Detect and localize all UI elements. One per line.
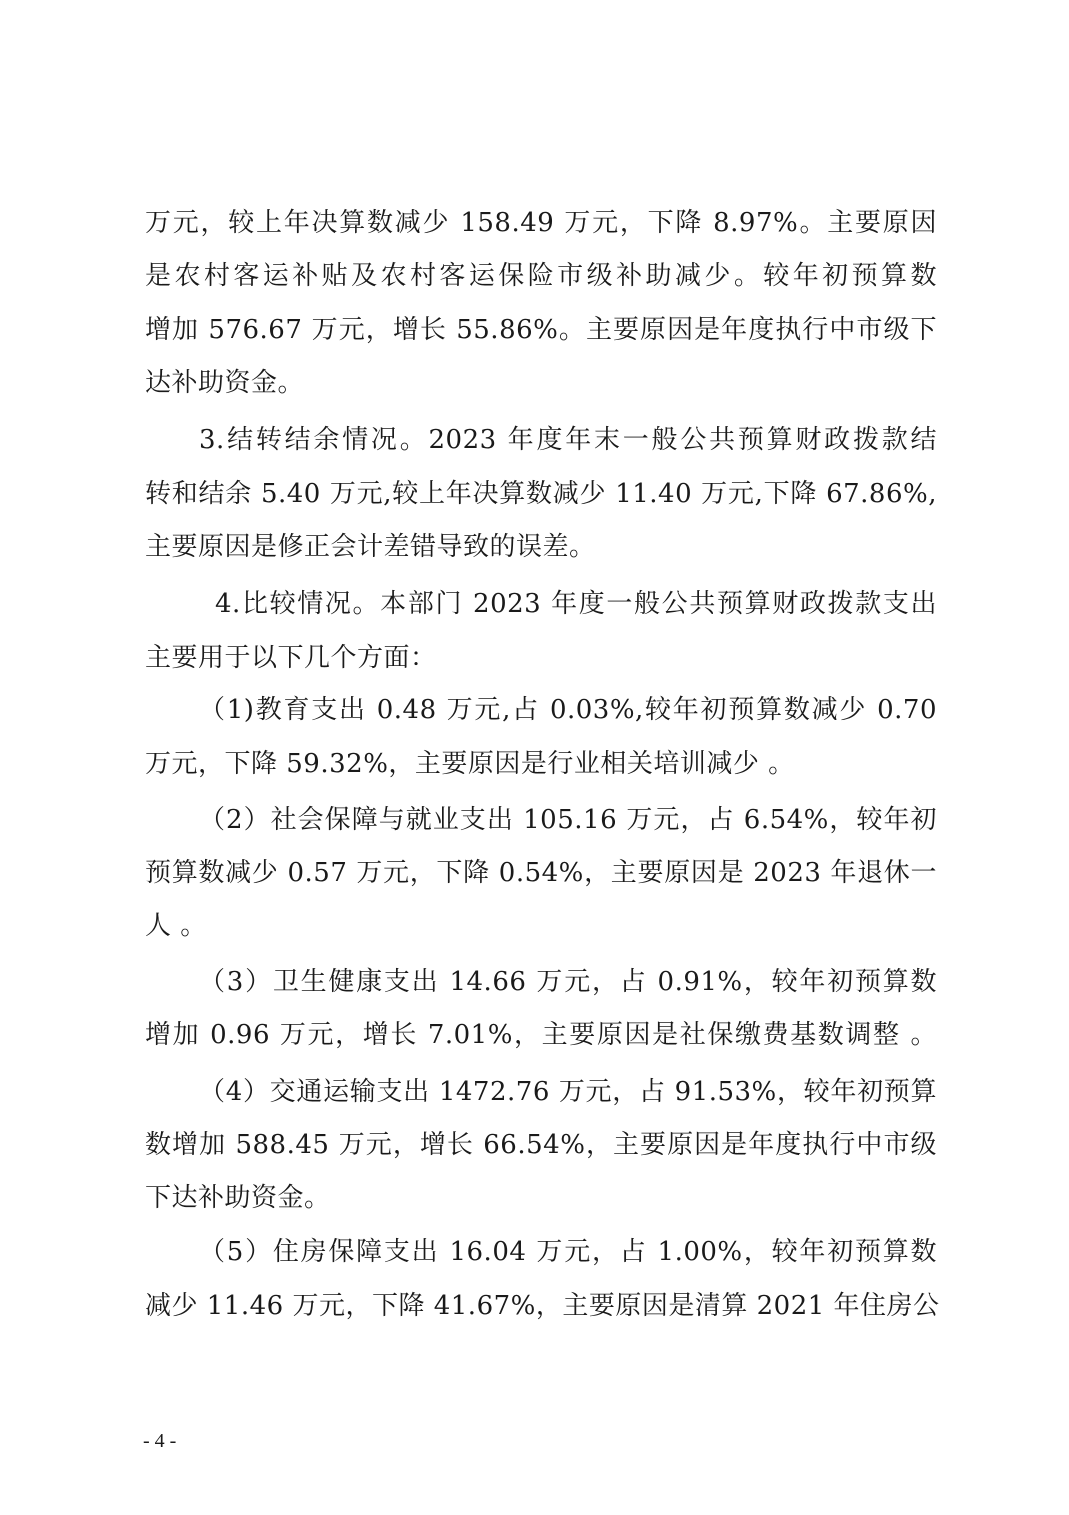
text-line: （1)教育支出 0.48 万元,占 0.03%,较年初预算数减少 0.70	[199, 690, 937, 730]
text-line: 增加 576.67 万元，增长 55.86%。主要原因是年度执行中市级下	[145, 310, 937, 350]
text-line: 3.结转结余情况。2023 年度年末一般公共预算财政拨款结	[199, 420, 937, 460]
text-line: 万元，下降 59.32%，主要原因是行业相关培训减少 。	[145, 744, 937, 784]
text-line: （3）卫生健康支出 14.66 万元，占 0.91%，较年初预算数	[199, 962, 937, 1002]
text-line: 增加 0.96 万元，增长 7.01%，主要原因是社保缴费基数调整 。	[145, 1015, 937, 1055]
text-line: 人 。	[145, 906, 937, 946]
text-line: 主要原因是修正会计差错导致的误差。	[145, 527, 937, 567]
text-line: （5）住房保障支出 16.04 万元，占 1.00%，较年初预算数	[199, 1232, 937, 1272]
text-line: （4）交通运输支出 1472.76 万元，占 91.53%，较年初预算	[199, 1072, 937, 1112]
text-line: 达补助资金。	[145, 363, 937, 403]
text-line: 转和结余 5.40 万元,较上年决算数减少 11.40 万元,下降 67.86%…	[145, 474, 937, 514]
text-line: 是农村客运补贴及农村客运保险市级补助减少。较年初预算数	[145, 256, 937, 296]
page-number: - 4 -	[143, 1430, 176, 1453]
text-line: 主要用于以下几个方面：	[145, 638, 937, 678]
text-line: 下达补助资金。	[145, 1178, 937, 1218]
text-line: （2）社会保障与就业支出 105.16 万元，占 6.54%，较年初	[199, 800, 937, 840]
text-line: 预算数减少 0.57 万元，下降 0.54%，主要原因是 2023 年退休一	[145, 853, 937, 893]
text-line: 数增加 588.45 万元，增长 66.54%，主要原因是年度执行中市级	[145, 1125, 937, 1165]
text-line: 减少 11.46 万元，下降 41.67%，主要原因是清算 2021 年住房公	[145, 1286, 937, 1326]
text-line: 4.比较情况。本部门 2023 年度一般公共预算财政拨款支出	[215, 584, 937, 624]
document-page: 万元，较上年决算数减少 158.49 万元，下降 8.97%。主要原因是农村客运…	[0, 0, 1069, 1515]
text-line: 万元，较上年决算数减少 158.49 万元，下降 8.97%。主要原因	[145, 203, 937, 243]
